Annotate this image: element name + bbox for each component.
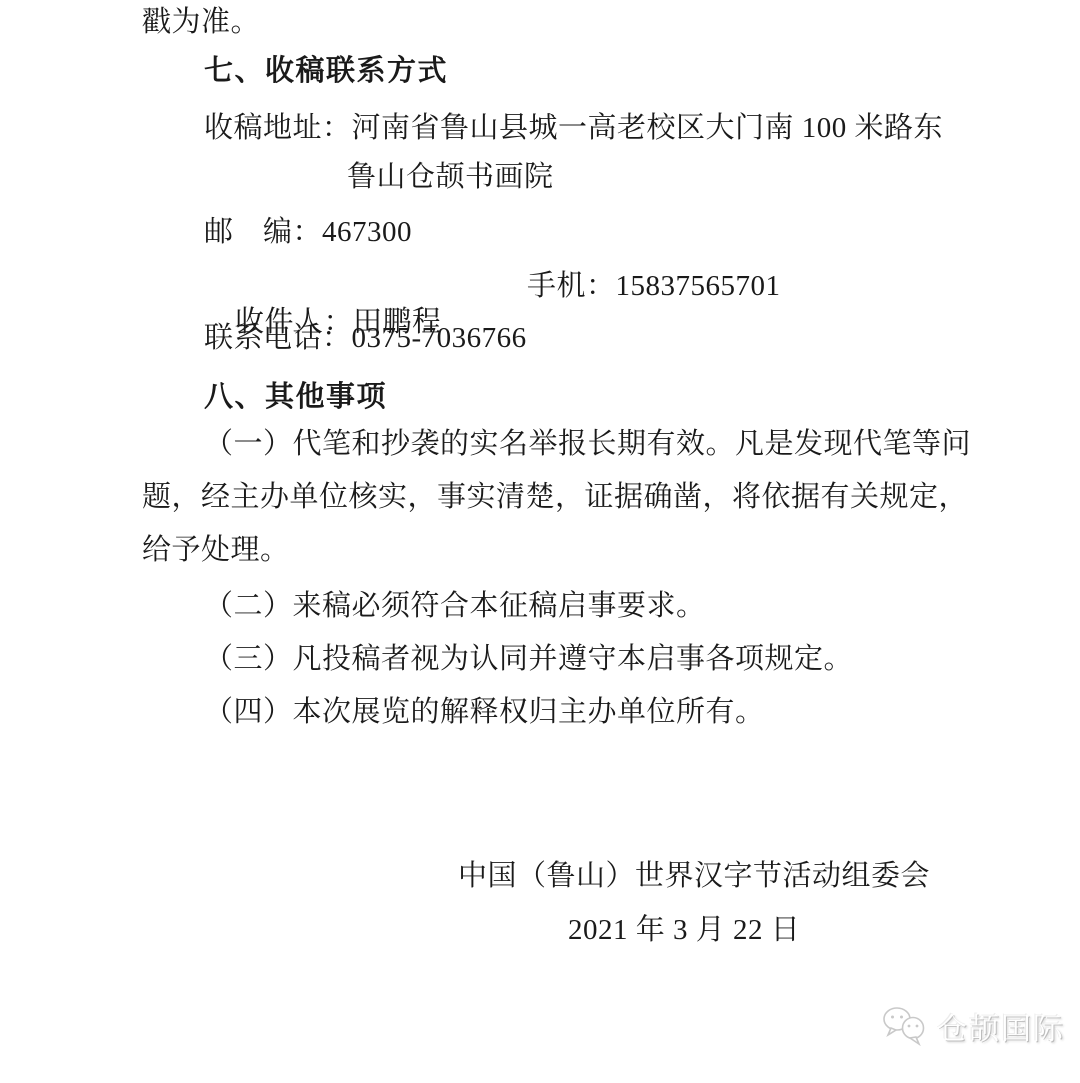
item-4-line: （四）本次展览的解释权归主办单位所有。: [204, 694, 765, 730]
signature-organization: 中国（鲁山）世界汉字节活动组委会: [458, 858, 930, 894]
item-1-line-3: 给予处理。: [142, 532, 290, 568]
postcode-line: 邮 编：467300: [204, 214, 412, 250]
address-line-2: 鲁山仓颉书画院: [347, 159, 554, 195]
paragraph-continuation: 戳为准。: [142, 4, 260, 40]
address-line-1: 收稿地址：河南省鲁山县城一高老校区大门南 100 米路东: [204, 110, 943, 146]
item-1-line-1: （一）代笔和抄袭的实名举报长期有效。凡是发现代笔等问: [204, 426, 971, 462]
watermark: 仓颉国际: [882, 1004, 1065, 1048]
signature-date: 2021 年 3 月 22 日: [568, 912, 800, 948]
section-7-heading: 七、收稿联系方式: [204, 53, 448, 89]
wechat-icon: [882, 1006, 928, 1046]
document-page: 戳为准。 七、收稿联系方式 收稿地址：河南省鲁山县城一高老校区大门南 100 米…: [0, 0, 1080, 1083]
watermark-label: 仓颉国际: [937, 1004, 1065, 1048]
mobile-number: 手机：15837565701: [527, 268, 781, 304]
item-2-line: （二）来稿必须符合本征稿启事要求。: [204, 588, 706, 624]
item-1-line-2: 题，经主办单位核实，事实清楚，证据确凿，将依据有关规定，: [142, 479, 968, 515]
phone-line: 联系电话：0375-7036766: [204, 320, 527, 356]
section-8-heading: 八、其他事项: [204, 379, 387, 415]
item-3-line: （三）凡投稿者视为认同并遵守本启事各项规定。: [204, 641, 853, 677]
